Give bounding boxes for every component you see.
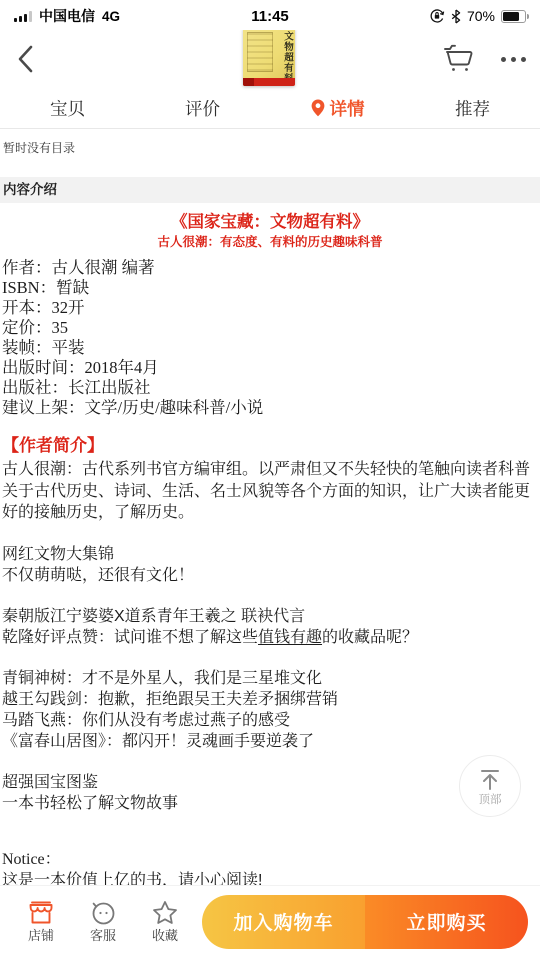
promo-line: 不仅萌萌哒，还很有文化！: [2, 565, 538, 586]
nav-bar: 文物超有料: [0, 30, 540, 88]
product-thumbnail[interactable]: 文物超有料: [243, 28, 295, 86]
tab-recommend-label: 推荐: [455, 96, 490, 121]
star-icon: [151, 900, 179, 926]
relic-line: 青铜神树：才不是外星人，我们是三星堆文化: [2, 668, 538, 689]
favorite-button[interactable]: 收藏: [134, 900, 196, 943]
bottom-action-bar: 店铺 客服 收藏 加入购物车 立即购买: [0, 885, 540, 961]
meta-price: 定价：35: [2, 318, 538, 338]
notice-label: Notice：: [2, 849, 538, 870]
buy-now-label: 立即购买: [406, 908, 486, 935]
meta-binding: 装帧：平装: [2, 338, 538, 358]
buy-now-button[interactable]: 立即购买: [365, 895, 528, 949]
storefront-icon: [27, 900, 55, 926]
meta-isbn: ISBN：暂缺: [2, 278, 538, 298]
add-to-cart-label: 加入购物车: [233, 908, 333, 935]
toc-empty-note: 暂时没有目录: [3, 139, 75, 156]
promo-line: 网红文物大集锦: [2, 544, 538, 565]
battery-percent-label: 70%: [467, 8, 495, 24]
promo-line: 一本书轻松了解文物故事: [2, 793, 538, 814]
product-tab-bar: 宝贝 评价 详情 推荐: [0, 88, 540, 128]
promo-line: 乾隆好评点赞：试问谁不想了解这些值钱有趣的收藏品呢？: [2, 627, 538, 648]
ellipsis-icon: [501, 57, 506, 62]
cover-art-decoration: [247, 32, 273, 72]
network-type-label: 4G: [102, 9, 120, 24]
chevron-left-icon: [18, 45, 33, 73]
meta-author: 作者：古人很潮 编著: [2, 258, 538, 278]
meta-shelving: 建议上架：文学/历史/趣味科普/小说: [2, 398, 538, 418]
shopping-cart-icon: [439, 42, 477, 76]
underlined-phrase: 值钱有趣: [258, 629, 322, 646]
book-meta-block: 作者：古人很潮 编著 ISBN：暂缺 开本：32开 定价：35 装帧：平装 出版…: [2, 258, 538, 418]
relic-line: 马踏飞燕：你们从没有考虑过燕子的感受: [2, 710, 538, 731]
relic-quips-block: 青铜神树：才不是外星人，我们是三星堆文化 越王勾践剑：抱歉，拒绝跟吴王夫差矛捆绑…: [2, 668, 538, 752]
meta-format: 开本：32开: [2, 298, 538, 318]
tab-recommend[interactable]: 推荐: [405, 88, 540, 128]
more-button[interactable]: [501, 57, 526, 62]
tab-details[interactable]: 详情: [270, 88, 405, 128]
tab-reviews-label: 评价: [185, 96, 220, 121]
tab-reviews[interactable]: 评价: [135, 88, 270, 128]
signal-bars-icon: [14, 11, 32, 22]
promo-block-2: 秦朝版江宁婆婆X道系青年王羲之 联袂代言 乾隆好评点赞：试问谁不想了解这些值钱有…: [2, 606, 538, 648]
promo-block-3: 超强国宝图鉴 一本书轻松了解文物故事: [2, 772, 538, 814]
book-title: 《国家宝藏：文物超有料》: [2, 212, 538, 232]
carrier-label: 中国电信: [39, 6, 95, 26]
meta-pubdate: 出版时间：2018年4月: [2, 358, 538, 378]
thumbnail-title: 文物超有料: [282, 31, 292, 84]
status-bar: 中国电信 4G 11:45 70%: [0, 0, 540, 30]
arrow-up-to-top-icon: [477, 767, 503, 793]
relic-line: 《富春山居图》：都闪开！灵魂画手要逆袭了: [2, 731, 538, 752]
tab-item[interactable]: 宝贝: [0, 88, 135, 128]
promo-line: 秦朝版江宁婆婆X道系青年王羲之 联袂代言: [2, 606, 538, 627]
location-pin-icon: [311, 99, 325, 117]
tab-details-label: 详情: [330, 96, 365, 121]
orientation-lock-icon: [429, 8, 445, 24]
shop-button[interactable]: 店铺: [10, 900, 72, 943]
cart-button[interactable]: [439, 42, 477, 76]
meta-publisher: 出版社：长江出版社: [2, 378, 538, 398]
author-bio: 古人很潮：古代系列书官方编审组。以严肃但又不失轻快的笔触向读者科普关于古代历史、…: [2, 459, 538, 524]
back-to-top-button[interactable]: 顶部: [459, 755, 521, 817]
customer-service-label: 客服: [90, 928, 116, 943]
promo-line: 超强国宝图鉴: [2, 772, 538, 793]
section-header-content-intro: 内容介绍: [0, 177, 540, 203]
cover-red-badge: [243, 78, 254, 86]
promo-block-1: 网红文物大集锦 不仅萌萌哒，还很有文化！: [2, 544, 538, 586]
back-to-top-label: 顶部: [479, 794, 502, 806]
back-button[interactable]: [18, 42, 44, 76]
book-subtitle: 古人很潮：有态度、有料的历史趣味科普: [2, 235, 538, 250]
customer-service-icon: [89, 900, 117, 926]
customer-service-button[interactable]: 客服: [72, 900, 134, 943]
product-description: 《国家宝藏：文物超有料》 古人很潮：有态度、有料的历史趣味科普 作者：古人很潮 …: [2, 203, 538, 891]
battery-icon: [501, 10, 526, 23]
author-intro-heading: 【作者简介】: [2, 435, 538, 457]
bluetooth-icon: [451, 9, 461, 24]
divider: [0, 128, 540, 129]
favorite-label: 收藏: [152, 928, 178, 943]
relic-line: 越王勾践剑：抱歉，拒绝跟吴王夫差矛捆绑营销: [2, 689, 538, 710]
tab-item-label: 宝贝: [50, 96, 85, 121]
shop-label: 店铺: [28, 928, 54, 943]
purchase-button-group: 加入购物车 立即购买: [202, 895, 528, 949]
add-to-cart-button[interactable]: 加入购物车: [202, 895, 365, 949]
